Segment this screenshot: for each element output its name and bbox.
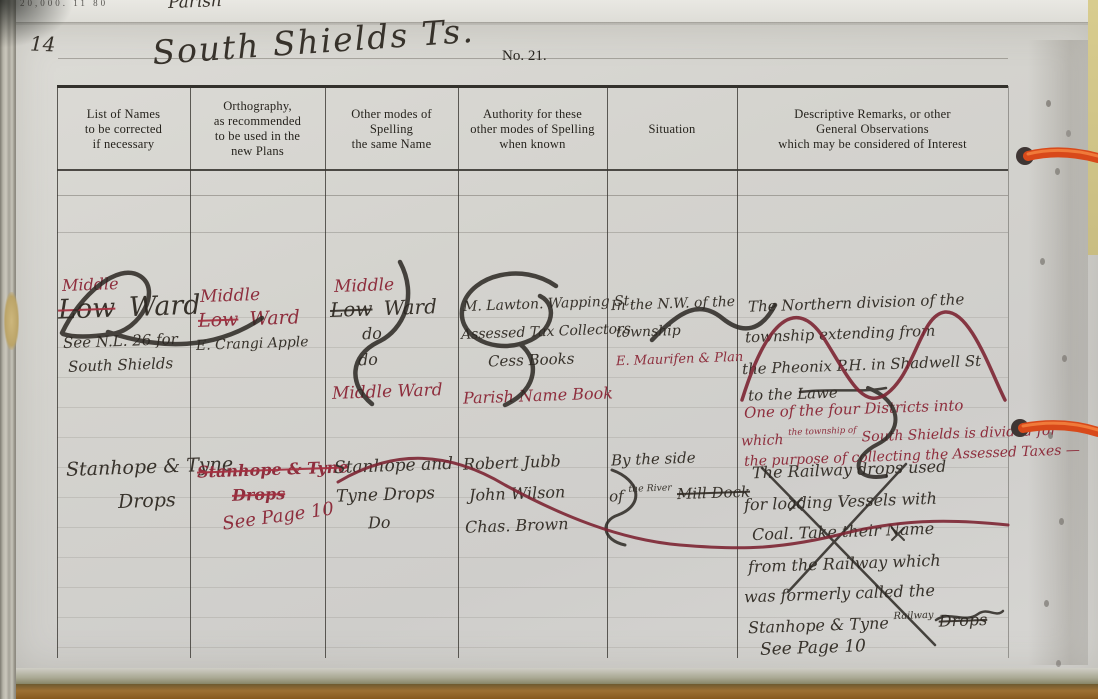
header-situation: Situation — [607, 90, 737, 168]
book-spine-edge — [0, 0, 16, 699]
header-bottom-border — [57, 169, 1008, 171]
header-line: Situation — [607, 122, 737, 137]
red-insertion: the township of — [788, 426, 857, 438]
insertion-railway: Railway — [893, 610, 933, 622]
header-line: new Plans — [190, 144, 325, 159]
header-line: to be used in the — [190, 129, 325, 144]
header-line: List of Names — [57, 107, 190, 122]
faint-rule — [57, 195, 1008, 196]
struck-low: Low — [198, 308, 239, 331]
header-line: Orthography, — [190, 99, 325, 114]
name-drops: Drops — [118, 489, 176, 513]
column-line — [607, 86, 608, 658]
header-line: Descriptive Remarks, or other — [737, 107, 1008, 122]
orthography-entry: Low Ward — [198, 306, 306, 332]
desk-surface — [0, 684, 1098, 699]
prev-page-print-fragment: 20,000. 11 80 — [20, 0, 108, 8]
ditto-mark: Do — [368, 513, 391, 533]
header-list-of-names: List of Names to be corrected if necessa… — [57, 90, 190, 168]
struck-mill-dock: Mill Dock — [677, 483, 751, 504]
column-line — [737, 86, 738, 658]
accepted-name-middle-ward: Middle Ward — [332, 380, 443, 404]
column-line — [458, 86, 459, 658]
header-authority: Authority for these other modes of Spell… — [458, 90, 607, 168]
authority-john-wilson: John Wilson — [469, 482, 566, 504]
header-other-modes: Other modes of Spelling the same Name — [325, 90, 458, 168]
authority-chas-brown: Chas. Brown — [465, 514, 569, 537]
page-fold-edge — [0, 22, 1098, 25]
orthography-correction-middle: Middle — [200, 285, 261, 307]
header-line: General Observations — [737, 122, 1008, 137]
word-ward: Ward — [383, 294, 437, 320]
header-line: Other modes of — [325, 107, 458, 122]
column-line — [325, 86, 326, 658]
ditto-mark: do — [358, 350, 379, 370]
name-entry-ward: Low Ward — [58, 289, 207, 325]
column-line — [1008, 86, 1009, 658]
struck-low: Low — [330, 296, 373, 321]
header-line: if necessary — [57, 137, 190, 152]
situation-line-2: township — [616, 323, 681, 341]
other-modes-stanhope-and: Stanhope and — [334, 454, 454, 478]
struck-drops: Drops — [938, 610, 987, 631]
header-line: Spelling — [325, 122, 458, 137]
table-top-border — [57, 85, 1008, 88]
header-line: Authority for these — [458, 107, 607, 122]
word-of: of — [609, 487, 624, 505]
authority-robert-jubb: Robert Jubb — [463, 451, 561, 473]
header-remarks: Descriptive Remarks, or other General Ob… — [737, 90, 1008, 168]
cross-reference-note-2: South Shields — [68, 354, 174, 376]
paper-stain — [4, 292, 19, 350]
authority-line-3: Cess Books — [488, 349, 575, 370]
binding-hole-specks — [1046, 100, 1051, 107]
insertion-the-river: the River — [628, 482, 672, 495]
scanned-name-book-page: 20,000. 11 80 Parish 14 South Shields Ts… — [0, 0, 1098, 699]
orthography-struck-drops: Drops — [232, 484, 286, 505]
column-line — [57, 86, 58, 658]
faint-rule — [57, 232, 1008, 233]
header-line: which may be considered of Interest — [737, 137, 1008, 152]
other-modes-tyne-drops: Tyne Drops — [336, 483, 436, 506]
other-modes-correction-middle: Middle — [334, 275, 395, 297]
word-ward: Ward — [128, 290, 201, 323]
paper-wrinkle-shading — [1028, 40, 1088, 665]
column-line — [190, 86, 191, 658]
header-line: the same Name — [325, 137, 458, 152]
header-line: as recommended — [190, 114, 325, 129]
word-ward: Ward — [249, 306, 300, 330]
page-behind-edge — [1088, 0, 1098, 255]
remarks2-see-page-10: See Page 10 — [760, 636, 867, 660]
sheet-number: No. 21. — [502, 48, 547, 65]
other-modes-entry: Low Ward — [330, 294, 443, 322]
header-line: when known — [458, 137, 607, 152]
ditto-mark: do — [362, 324, 383, 344]
struck-low: Low — [58, 293, 116, 326]
header-line: to be corrected — [57, 122, 190, 137]
margin-page-number: 14 — [30, 32, 56, 57]
prev-page-parish-fragment: Parish — [168, 0, 223, 13]
header-line: other modes of Spelling — [458, 122, 607, 137]
title-rule — [58, 58, 1008, 59]
situation-by-the-side: By the side — [611, 449, 696, 470]
red-which: which — [741, 432, 784, 449]
header-orthography: Orthography, as recommended to be used i… — [190, 90, 325, 168]
